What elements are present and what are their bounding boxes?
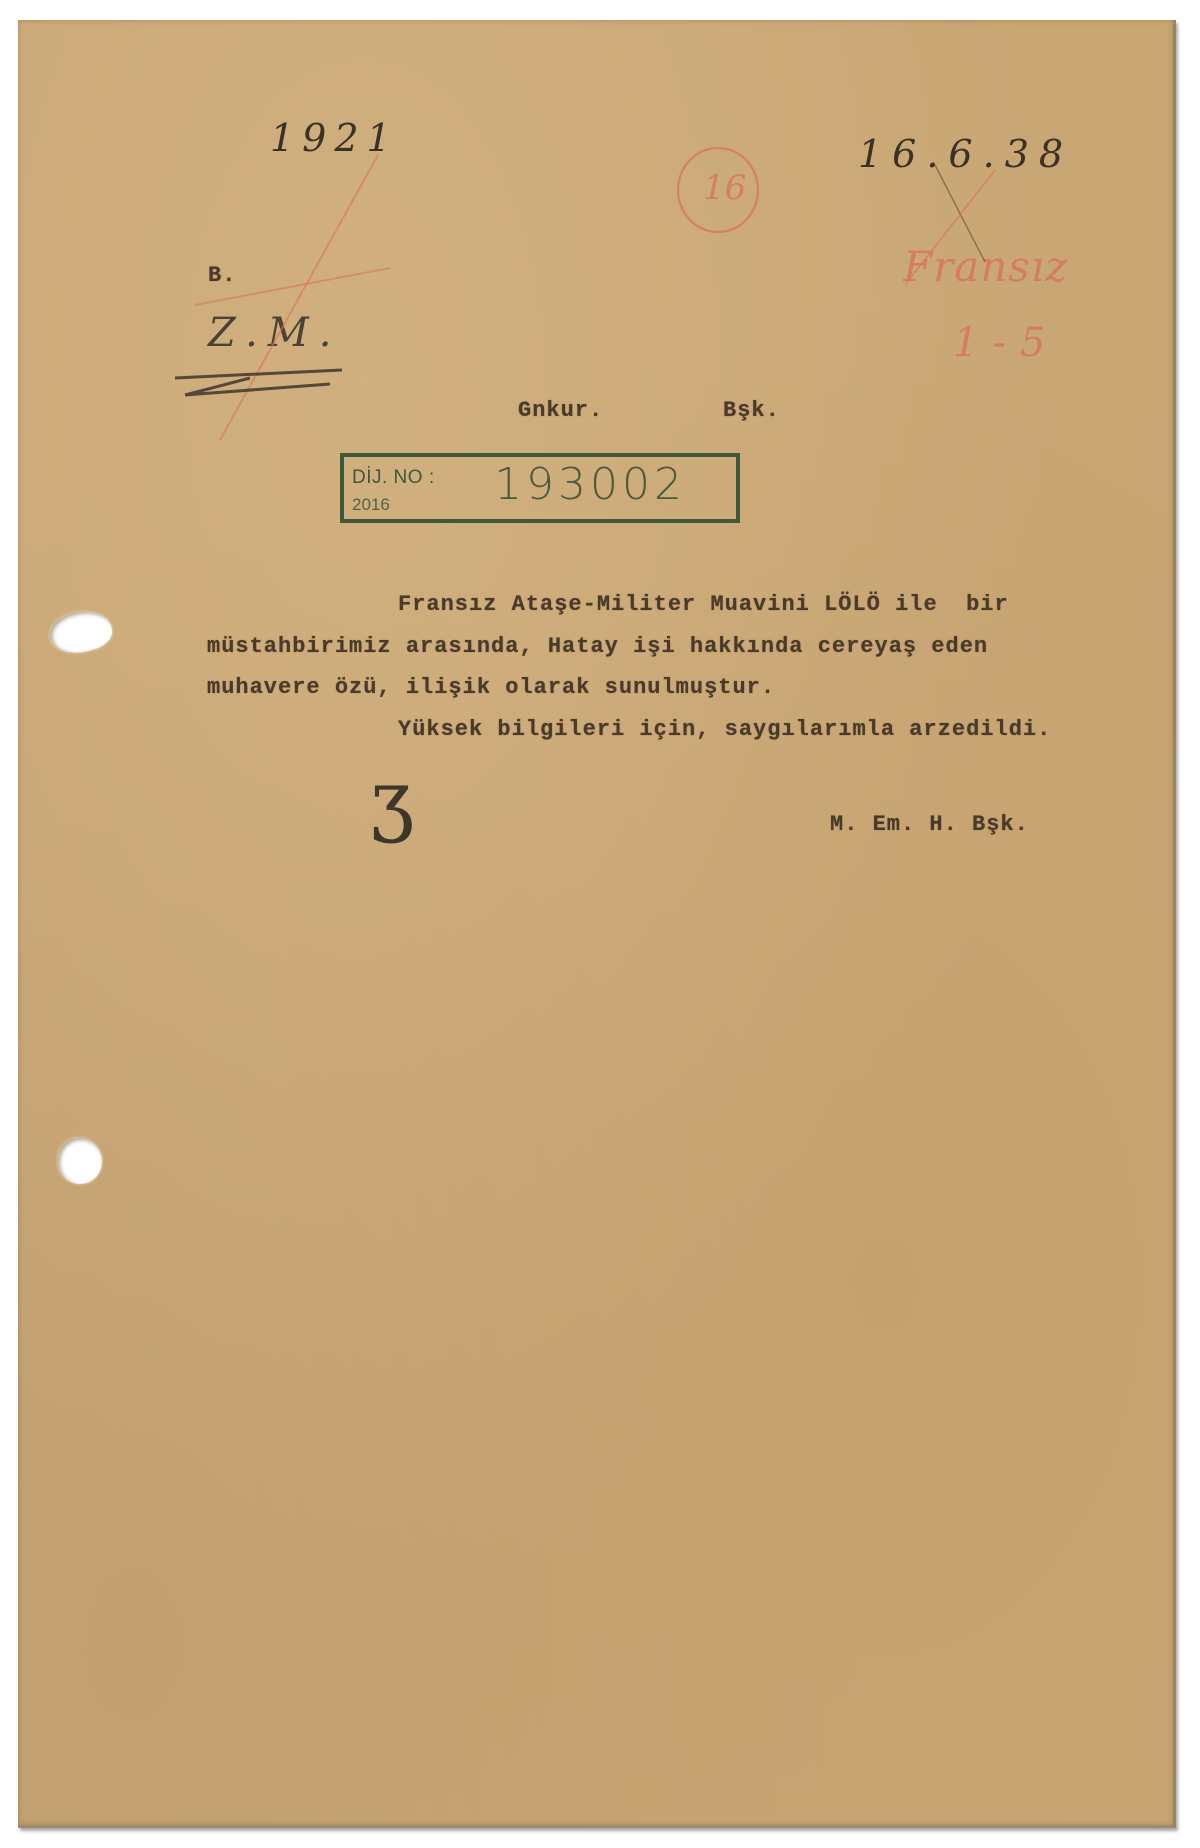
archive-stamp: DİJ. NO : 2016 193002 xyxy=(340,453,740,523)
addressee-bsk: Bşk. xyxy=(723,398,780,423)
body-line-4: Yüksek bilgileri için, saygılarımla arze… xyxy=(398,717,1051,742)
handwritten-file-number: 1921 xyxy=(270,116,399,160)
body-line-1: Fransız Ataşe-Militer Muavini LÖLÖ ile b… xyxy=(398,592,1009,617)
red-note-range: 1-5 xyxy=(953,320,1059,366)
signatory: M. Em. H. Bşk. xyxy=(830,812,1029,837)
stamp-year: 2016 xyxy=(352,495,390,515)
document-page: 1921 16.6.38 Z.M. 16 Fransız 1-5 ʒ B. Gn… xyxy=(18,20,1176,1828)
red-circled-number: 16 xyxy=(703,168,746,208)
handwritten-initials: Z.M. xyxy=(208,310,341,356)
punch-hole-top xyxy=(47,606,116,658)
addressee-gnkur: Gnkur. xyxy=(518,398,603,423)
stamp-number: 193002 xyxy=(494,459,686,510)
red-note-word: Fransız xyxy=(903,242,1068,291)
signature-mark: ʒ xyxy=(370,755,414,845)
stamp-label: DİJ. NO : xyxy=(352,467,435,489)
body-line-2: müstahbirimiz arasında, Hatay işi hakkın… xyxy=(207,634,988,659)
prefix-letter: B. xyxy=(208,263,236,288)
body-line-3: muhavere özü, ilişik olarak sunulmuştur. xyxy=(207,675,775,700)
handwritten-date: 16.6.38 xyxy=(858,132,1073,176)
punch-hole-bottom xyxy=(58,1138,102,1184)
